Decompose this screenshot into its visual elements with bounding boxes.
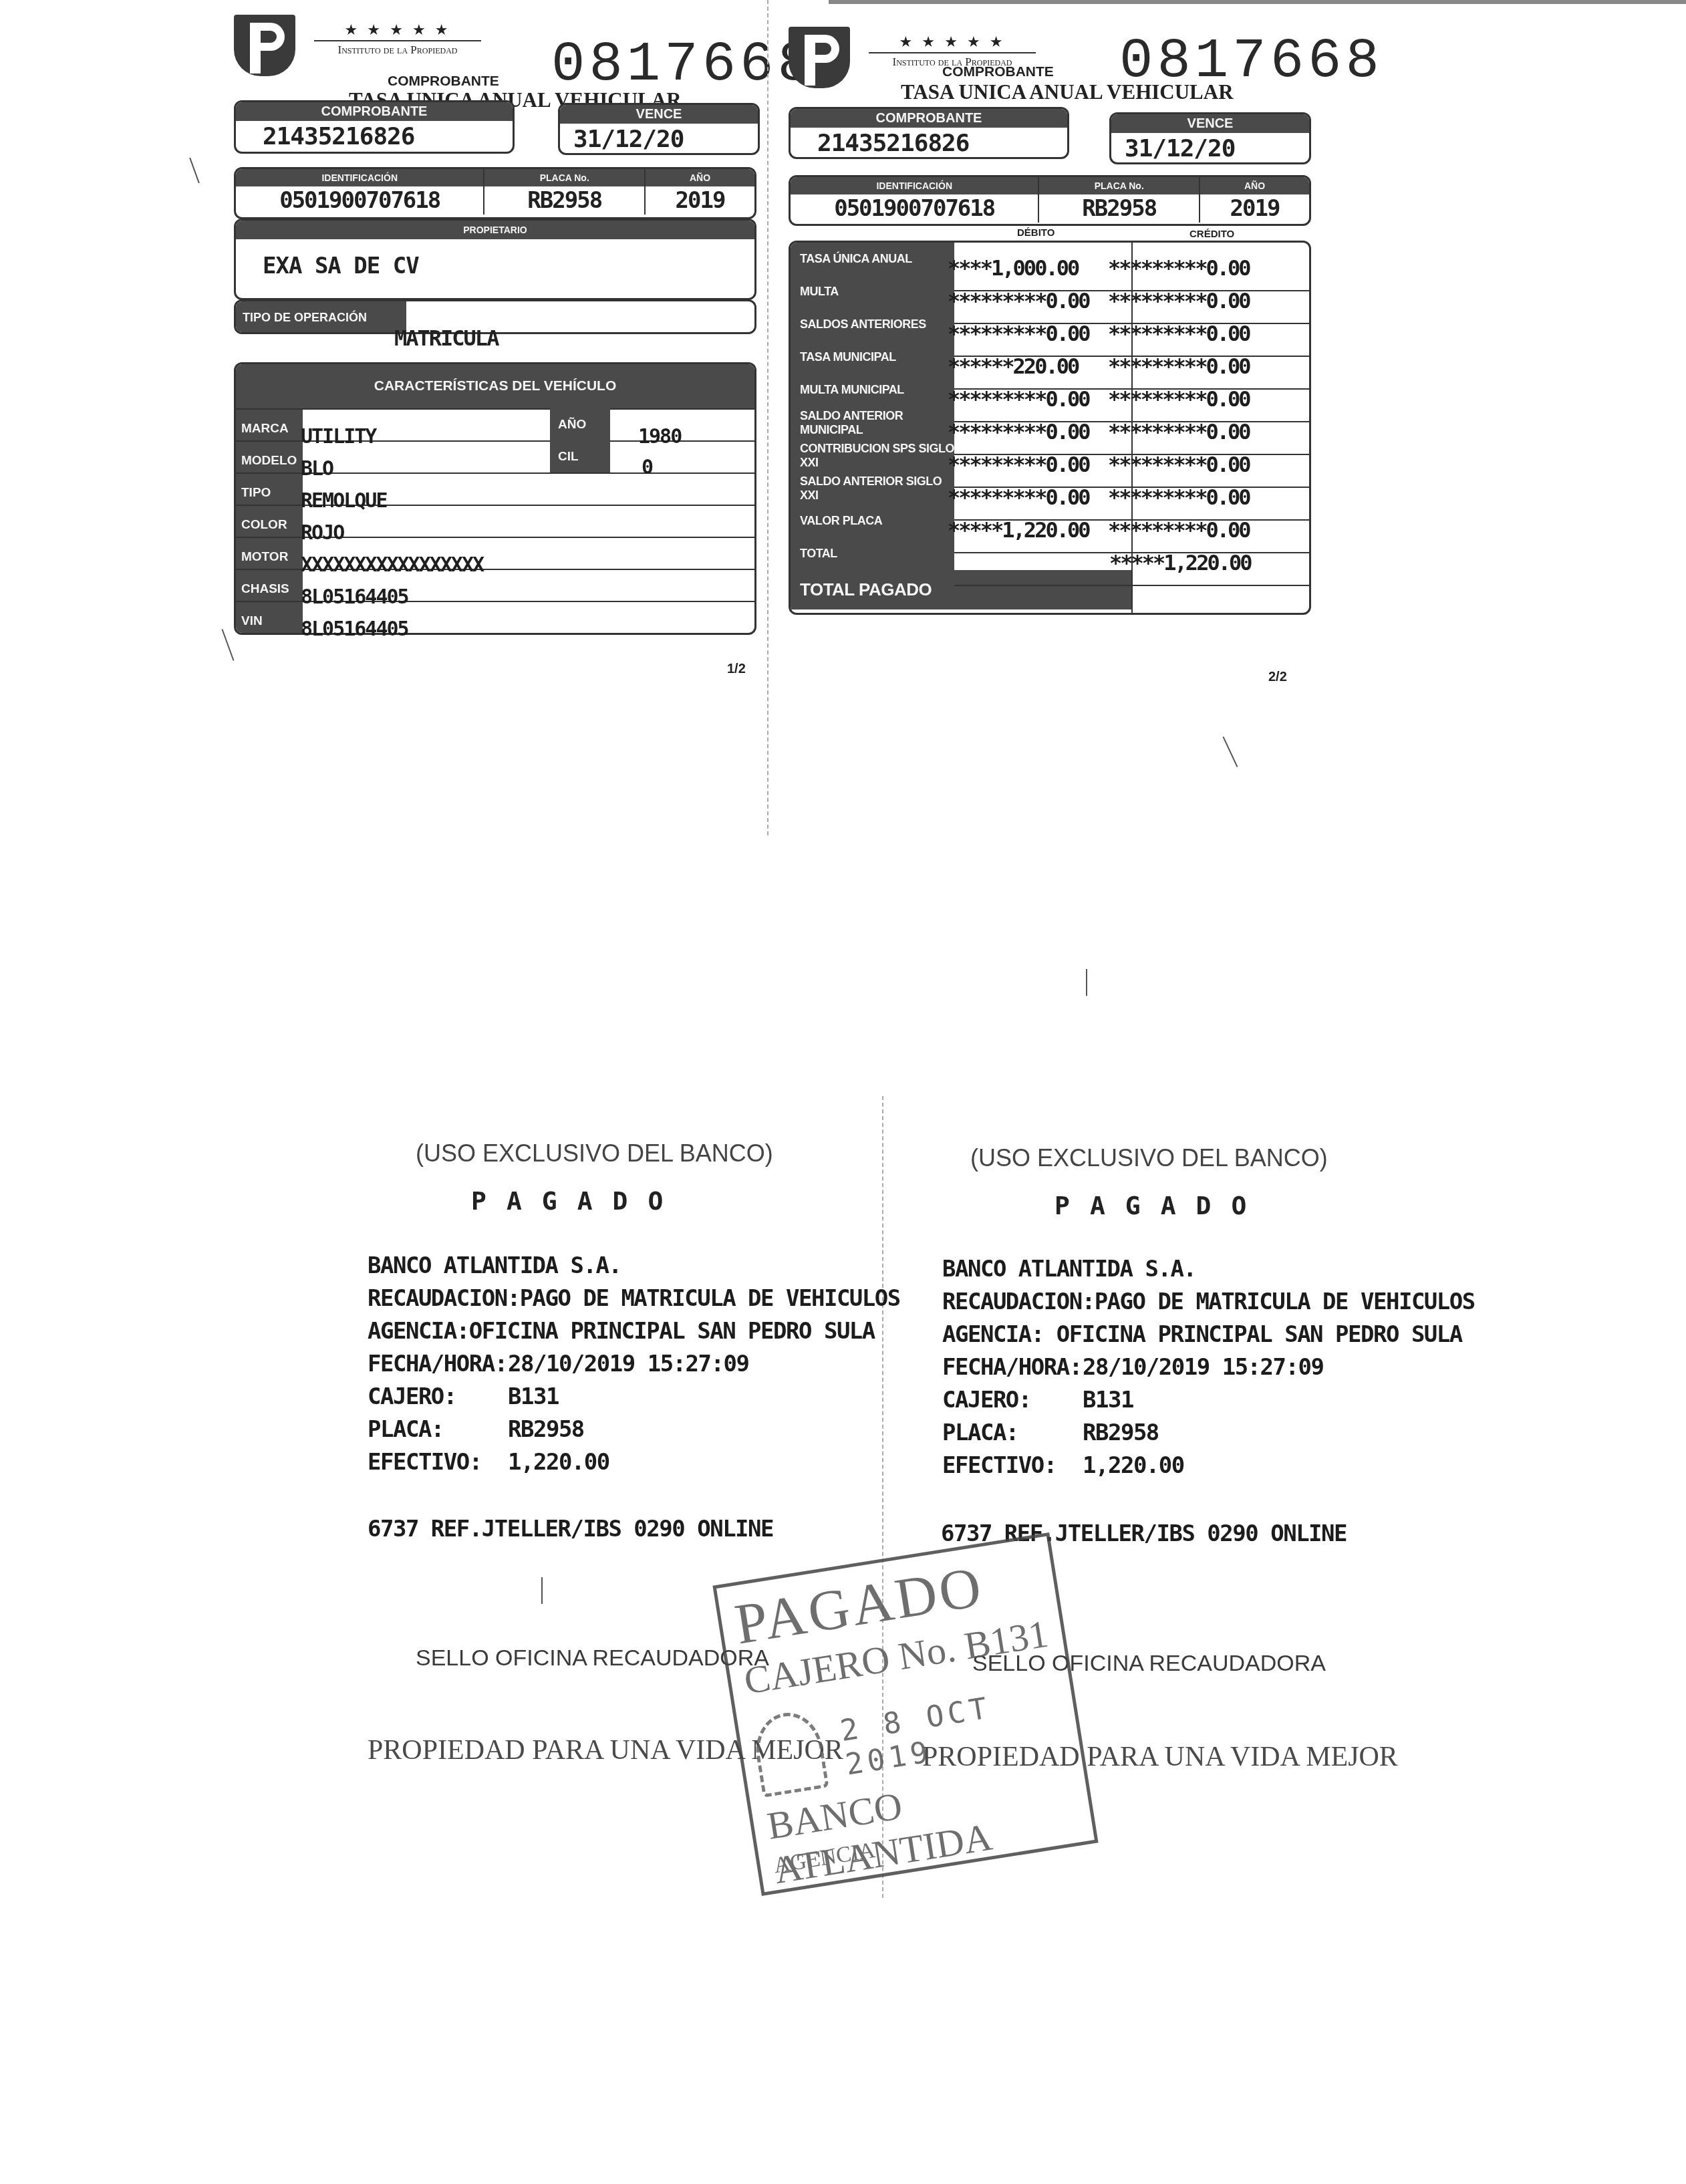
vehicle-value-modelo: BLO xyxy=(301,457,333,481)
comprobante-heading: COMPROBANTE xyxy=(942,64,1477,80)
tax-row-label: SALDO ANTERIOR SIGLO XXI xyxy=(791,472,954,505)
tax-row-label: CONTRIBUCION SPS SIGLO XXI xyxy=(791,439,954,472)
bank-line-key: PLACA: xyxy=(942,1417,1083,1450)
stars-icon: ★ ★ ★ ★ ★ xyxy=(314,21,481,39)
identification-box: IDENTIFICACIÓN0501900707618 PLACA No.RB2… xyxy=(234,167,756,219)
scan-mark xyxy=(1086,969,1087,996)
tax-row-label: MULTA xyxy=(791,275,954,308)
bank-line-key: AGENCIA:OFICINA PRINCIPAL SAN PEDRO SULA xyxy=(368,1315,875,1348)
bank-line: PLACA:RB2958 xyxy=(368,1413,900,1446)
identificacion-value: 0501900707618 xyxy=(791,194,1038,223)
vence-box: VENCE 31/12/20 xyxy=(558,103,760,155)
comprobante-label: COMPROBANTE xyxy=(236,102,513,121)
bank-line: BANCO ATLANTIDA S.A. xyxy=(368,1250,900,1282)
bank-line: BANCO ATLANTIDA S.A. xyxy=(942,1253,1475,1286)
bank-line: RECAUDACION:PAGO DE MATRICULA DE VEHICUL… xyxy=(368,1282,900,1315)
bank-line-key: FECHA/HORA: xyxy=(368,1348,508,1381)
tax-credit-amount: *********0.00 xyxy=(1108,452,1249,477)
scan-mark xyxy=(541,1577,543,1604)
vehicle-label-color: COLOR xyxy=(236,506,303,538)
tipo-operacion-label: TIPO DE OPERACIÓN xyxy=(236,301,406,332)
bank-line: EFECTIVO:1,220.00 xyxy=(368,1446,900,1479)
bank-line-key: BANCO ATLANTIDA S.A. xyxy=(942,1253,1196,1286)
tipo-operacion-value: MATRICULA xyxy=(394,325,498,351)
comprobante-label: COMPROBANTE xyxy=(791,109,1067,128)
bank-line-value: 28/10/2019 15:27:09 xyxy=(508,1348,748,1381)
vehicle-anio-value: 1980 xyxy=(638,425,681,448)
tax-credit-amount: *****1,220.00 xyxy=(1109,550,1250,575)
tax-debit-amount: *********0.00 xyxy=(948,386,1089,412)
bank-line-value: 1,220.00 xyxy=(1083,1450,1184,1482)
bank-line-key: CAJERO: xyxy=(942,1384,1083,1417)
comprobante-value: 21435216826 xyxy=(791,128,1067,159)
tax-row-label: MULTA MUNICIPAL xyxy=(791,374,954,406)
stamp-logo-icon xyxy=(750,1708,829,1798)
tax-credit-amount: *********0.00 xyxy=(1108,255,1249,281)
tax-credit-amount: *********0.00 xyxy=(1108,288,1249,313)
bank-line-value: RB2958 xyxy=(1083,1417,1159,1450)
tax-debit-amount: *********0.00 xyxy=(948,452,1089,477)
bank-line-key: FECHA/HORA: xyxy=(942,1351,1083,1384)
identificacion-value: 0501900707618 xyxy=(236,186,483,215)
bank-line: PLACA:RB2958 xyxy=(942,1417,1475,1450)
propietario-value: EXA SA DE CV xyxy=(236,239,754,293)
vehicle-value-color: ROJO xyxy=(301,521,343,545)
tax-credit-amount: *********0.00 xyxy=(1108,354,1249,379)
tax-row-label: SALDO ANTERIOR MUNICIPAL xyxy=(791,406,954,439)
identification-box: IDENTIFICACIÓN0501900707618 PLACA No.RB2… xyxy=(789,175,1311,226)
vehicle-value-tipo: REMOLQUE xyxy=(301,489,387,513)
tax-debit-amount: ******220.00 xyxy=(948,354,1078,379)
tax-debit-amount: *********0.00 xyxy=(948,288,1089,313)
vehicle-value-chasis: 8L05164405 xyxy=(301,585,408,609)
tax-credit-amount: *********0.00 xyxy=(1108,419,1249,444)
bank-reference: 6737 REF.JTELLER/IBS 0290 ONLINE xyxy=(368,1516,773,1542)
bank-receipt-lines: BANCO ATLANTIDA S.A.RECAUDACION:PAGO DE … xyxy=(942,1253,1475,1482)
vehicle-label-vin: VIN xyxy=(236,602,303,634)
vehicle-value-vin: 8L05164405 xyxy=(301,618,408,641)
vehicle-value-motor: XXXXXXXXXXXXXXXXX xyxy=(301,553,483,577)
bank-line-value: B131 xyxy=(1083,1384,1133,1417)
bank-exclusive-header: (USO EXCLUSIVO DEL BANCO) xyxy=(416,1139,773,1168)
vence-label: VENCE xyxy=(560,105,758,124)
vence-box: VENCE 31/12/20 xyxy=(1109,112,1311,164)
tax-row-label: TOTAL xyxy=(791,537,954,570)
placa-value: RB2958 xyxy=(1039,194,1199,223)
tax-row-label: VALOR PLACA xyxy=(791,505,954,537)
bank-line-key: RECAUDACION:PAGO DE MATRICULA DE VEHICUL… xyxy=(368,1282,900,1315)
bank-line-key: RECAUDACION:PAGO DE MATRICULA DE VEHICUL… xyxy=(942,1286,1475,1319)
tax-credit-amount: *********0.00 xyxy=(1108,386,1249,412)
vehicle-label-modelo: MODELO xyxy=(236,442,303,474)
tax-debit-amount: ****1,000.00 xyxy=(948,255,1078,281)
placa-label: PLACA No. xyxy=(484,169,644,186)
tax-row-label: SALDOS ANTERIORES xyxy=(791,308,954,341)
identificacion-label: IDENTIFICACIÓN xyxy=(791,177,1038,194)
vehicle-cil-value: 0 xyxy=(642,456,652,479)
propietario-label: PROPIETARIO xyxy=(236,221,754,239)
placa-label: PLACA No. xyxy=(1039,177,1199,194)
bank-line-value: B131 xyxy=(508,1381,559,1413)
sello-label: SELLO OFICINA RECAUDADORA xyxy=(416,1645,769,1671)
comprobante-box: COMPROBANTE 21435216826 xyxy=(789,107,1069,159)
anio-cil-labels: AÑOCIL xyxy=(550,408,610,472)
vehicle-label-marca: MARCA xyxy=(236,410,303,442)
bank-line-value: RB2958 xyxy=(508,1413,584,1446)
bank-line-value: 28/10/2019 15:27:09 xyxy=(1083,1351,1323,1384)
vehicle-label-motor: MOTOR xyxy=(236,538,303,570)
stars-icon: ★ ★ ★ ★ ★ xyxy=(869,33,1036,51)
vehicle-value-marca: UTILITY xyxy=(301,425,376,448)
tax-debit-amount: *********0.00 xyxy=(948,419,1089,444)
tax-credit-amount: *********0.00 xyxy=(1108,517,1249,543)
bank-line: CAJERO:B131 xyxy=(368,1381,900,1413)
vence-value: 31/12/20 xyxy=(560,124,758,155)
tax-debit-amount: *********0.00 xyxy=(948,321,1089,346)
credito-header: CRÉDITO xyxy=(1189,229,1234,240)
tax-debit-amount: *********0.00 xyxy=(948,485,1089,510)
page-number: 2/2 xyxy=(1268,670,1287,685)
vence-label: VENCE xyxy=(1111,114,1309,133)
bank-line-value: 1,220.00 xyxy=(508,1446,609,1479)
vehicle-label-tipo: TIPO xyxy=(236,474,303,506)
bank-line-key: PLACA: xyxy=(368,1413,508,1446)
anio-label: AÑO xyxy=(646,169,754,186)
vence-value: 31/12/20 xyxy=(1111,133,1309,164)
document-title: TASA UNICA ANUAL VEHICULAR xyxy=(901,80,1435,104)
instituto-logo-icon xyxy=(234,15,295,76)
bank-line: AGENCIA: OFICINA PRINCIPAL SAN PEDRO SUL… xyxy=(942,1319,1475,1351)
bank-exclusive-header: (USO EXCLUSIVO DEL BANCO) xyxy=(970,1144,1328,1172)
tax-credit-amount: *********0.00 xyxy=(1108,321,1249,346)
bank-line-key: EFECTIVO: xyxy=(942,1450,1083,1482)
bank-line: AGENCIA:OFICINA PRINCIPAL SAN PEDRO SULA xyxy=(368,1315,900,1348)
institute-header: ★ ★ ★ ★ ★ Instituto de la Propiedad xyxy=(314,21,481,57)
bank-line: CAJERO:B131 xyxy=(942,1384,1475,1417)
scan-edge-line xyxy=(829,0,1686,4)
tax-row-label: TOTAL PAGADO xyxy=(791,570,1131,609)
owner-box: PROPIETARIO EXA SA DE CV xyxy=(234,219,756,300)
pagado-stamp: PAGADO CAJERO No. B131 2 8 OCT 2019 BANC… xyxy=(712,1532,1098,1896)
bank-line: FECHA/HORA:28/10/2019 15:27:09 xyxy=(942,1351,1475,1384)
tax-row-label: TASA MUNICIPAL xyxy=(791,341,954,374)
bank-line-key: CAJERO: xyxy=(368,1381,508,1413)
bank-line: RECAUDACION:PAGO DE MATRICULA DE VEHICUL… xyxy=(942,1286,1475,1319)
vehicle-label-chasis: CHASIS xyxy=(236,570,303,602)
bank-line-key: AGENCIA: OFICINA PRINCIPAL SAN PEDRO SUL… xyxy=(942,1319,1462,1351)
bank-line-key: BANCO ATLANTIDA S.A. xyxy=(368,1250,621,1282)
page-number: 1/2 xyxy=(727,662,746,677)
anio-value: 2019 xyxy=(1200,194,1309,223)
bank-line: EFECTIVO:1,220.00 xyxy=(942,1450,1475,1482)
placa-value: RB2958 xyxy=(484,186,644,215)
tax-debit-amount: *****1,220.00 xyxy=(948,517,1089,543)
pagado-label: PAGADO xyxy=(471,1186,683,1216)
identificacion-label: IDENTIFICACIÓN xyxy=(236,169,483,186)
anio-label: AÑO xyxy=(1200,177,1309,194)
pagado-label: PAGADO xyxy=(1055,1191,1266,1220)
fold-line xyxy=(767,0,768,835)
bank-line-key: EFECTIVO: xyxy=(368,1446,508,1479)
vehicle-characteristics-title: CARACTERÍSTICAS DEL VEHÍCULO xyxy=(236,364,754,408)
scan-mark xyxy=(1223,736,1238,767)
anio-value: 2019 xyxy=(646,186,754,215)
comprobante-value: 21435216826 xyxy=(236,121,513,153)
receipt-panel-1: ★ ★ ★ ★ ★ Instituto de la Propiedad 0817… xyxy=(234,15,768,683)
comprobante-box: COMPROBANTE 21435216826 xyxy=(234,100,515,154)
bank-receipt-lines: BANCO ATLANTIDA S.A.RECAUDACION:PAGO DE … xyxy=(368,1250,900,1479)
scan-mark xyxy=(189,158,200,183)
scan-mark xyxy=(222,629,235,661)
tax-row-label: TASA ÚNICA ANUAL xyxy=(791,243,954,275)
institute-name: Instituto de la Propiedad xyxy=(314,43,481,57)
instituto-logo-icon xyxy=(789,27,850,88)
debito-header: DÉBITO xyxy=(1017,227,1055,239)
bank-line: FECHA/HORA:28/10/2019 15:27:09 xyxy=(368,1348,900,1381)
tax-credit-amount: *********0.00 xyxy=(1108,485,1249,510)
receipt-panel-2: ★ ★ ★ ★ ★ Instituto de la Propiedad 0817… xyxy=(789,27,1323,695)
